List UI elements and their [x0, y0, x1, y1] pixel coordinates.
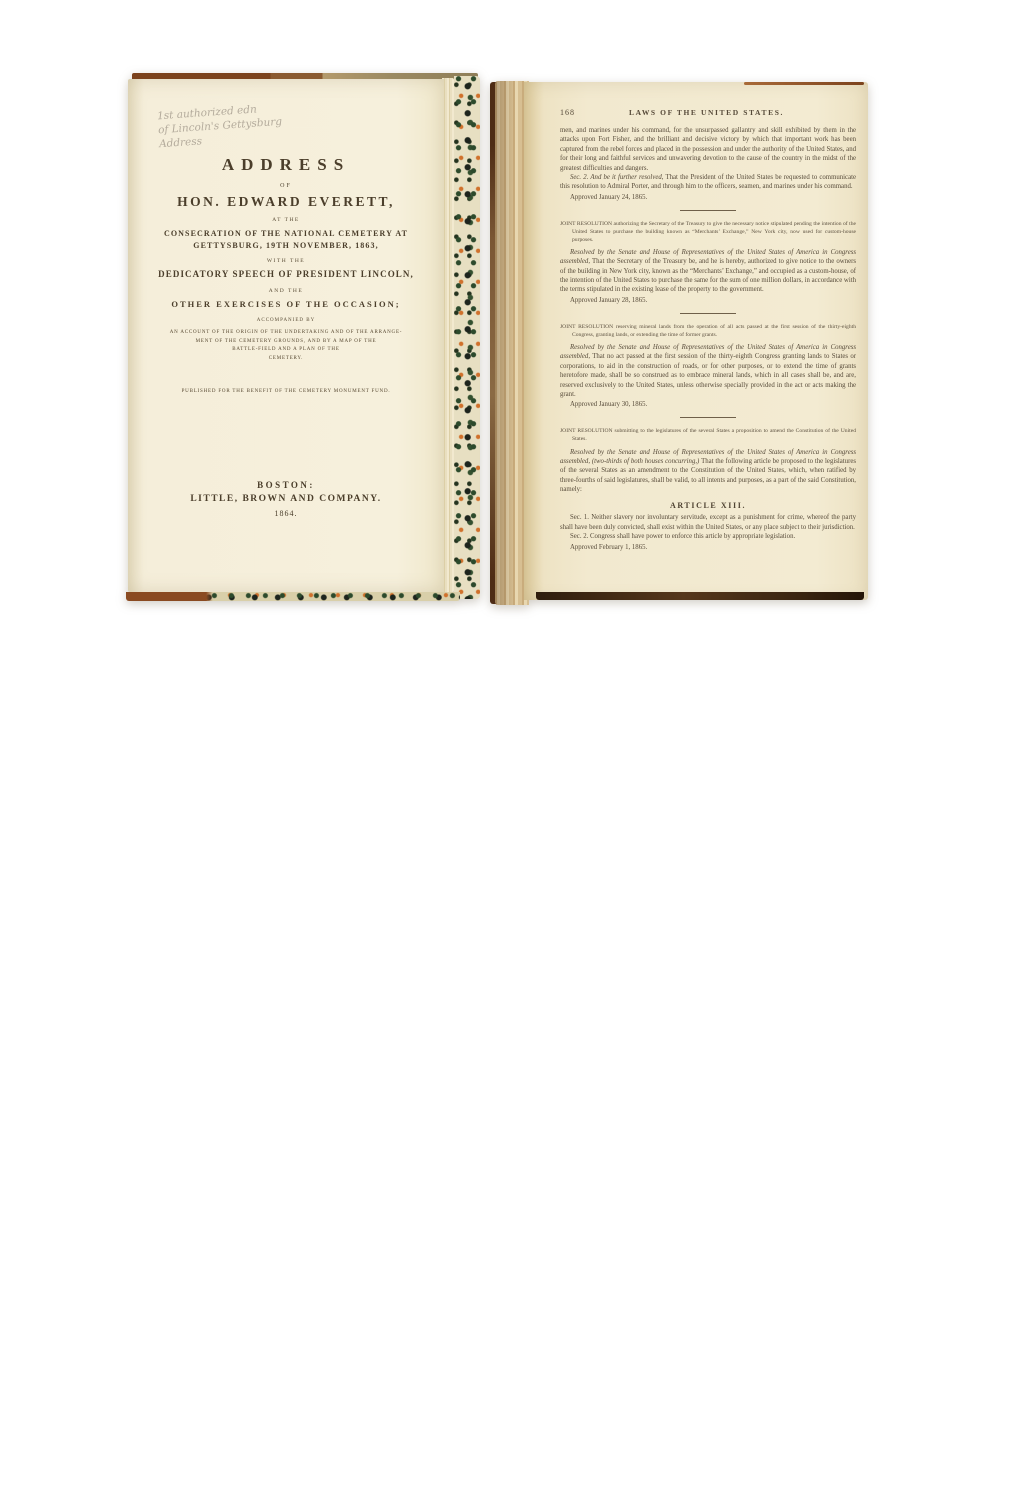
other-exercises-line: OTHER EXERCISES OF THE OCCASION;: [171, 299, 400, 309]
of-label: OF: [280, 183, 292, 189]
section-2-lead: Sec. 2. And be it further resolved,: [570, 174, 663, 181]
resolved-paragraph: Resolved by the Senate and House of Repr…: [560, 343, 856, 399]
imprint-year: 1864.: [275, 509, 298, 518]
section-2-text: Congress shall have power to enforce thi…: [588, 533, 795, 540]
imprint-city: BOSTON:: [257, 480, 315, 490]
title-page-text: ADDRESS OF HON. EDWARD EVERETT, AT THE C…: [128, 155, 444, 518]
left-book-marbled-fore-edge: [454, 76, 480, 599]
resolved-text: That the Secretary of the Treasury be, a…: [560, 258, 856, 293]
account-block: AN ACCOUNT OF THE ORIGIN OF THE UNDERTAK…: [170, 329, 403, 363]
section-2-paragraph: Sec. 2. And be it further resolved, That…: [560, 173, 856, 192]
resolution-continuation-paragraph: men, and marines under his command, for …: [560, 126, 856, 173]
section-1-lead: Sec. 1.: [570, 514, 589, 521]
joint-resolution-heading-mineral-lands: JOINT RESOLUTION reserving mineral lands…: [560, 323, 856, 339]
section-divider-rule: [680, 313, 736, 314]
joint-resolution-heading-merchants-exchange: JOINT RESOLUTION authorizing the Secreta…: [560, 220, 856, 244]
laws-page: 168 LAWS OF THE UNITED STATES. men, and …: [524, 82, 868, 600]
running-title: LAWS OF THE UNITED STATES.: [575, 108, 856, 117]
approved-line: Approved February 1, 1865.: [560, 544, 856, 551]
page-number: 168: [560, 108, 575, 117]
consecration-line-1: CONSECRATION OF THE NATIONAL CEMETERY AT: [164, 228, 408, 240]
photo-of-open-books: 1st authorized edn of Lincoln's Gettysbu…: [0, 0, 1023, 1495]
resolved-text: That no act passed at the first session …: [560, 353, 856, 398]
author-name: HON. EDWARD EVERETT,: [177, 194, 395, 210]
account-line-1: AN ACCOUNT OF THE ORIGIN OF THE UNDERTAK…: [170, 329, 403, 338]
resolved-paragraph: Resolved by the Senate and House of Repr…: [560, 448, 856, 495]
laws-page-text: 168 LAWS OF THE UNITED STATES. men, and …: [560, 108, 856, 551]
section-2-lead: Sec. 2.: [570, 533, 588, 540]
article-xiii-section-1: Sec. 1. Neither slavery nor involuntary …: [560, 513, 856, 532]
section-1-text: Neither slavery nor involuntary servitud…: [560, 514, 856, 530]
accompanied-by-label: ACCOMPANIED BY: [257, 318, 315, 323]
article-xiii-heading: ARTICLE XIII.: [560, 501, 856, 510]
and-the-label: AND THE: [269, 288, 303, 294]
page-header: 168 LAWS OF THE UNITED STATES.: [560, 108, 856, 117]
resolved-paragraph: Resolved by the Senate and House of Repr…: [560, 248, 856, 295]
joint-resolution-heading-amendment: JOINT RESOLUTION submitting to the legis…: [560, 427, 856, 443]
handwritten-pencil-note: 1st authorized edn of Lincoln's Gettysbu…: [157, 101, 284, 152]
section-divider-rule: [680, 210, 736, 211]
dedicatory-line: DEDICATORY SPEECH OF PRESIDENT LINCOLN,: [158, 269, 414, 279]
article-xiii-section-2: Sec. 2. Congress shall have power to enf…: [560, 532, 856, 541]
approved-line: Approved January 24, 1865.: [560, 194, 856, 201]
account-line-4: CEMETERY.: [170, 355, 403, 364]
published-for-benefit-line: PUBLISHED FOR THE BENEFIT OF THE CEMETER…: [182, 389, 391, 394]
title-page: 1st authorized edn of Lincoln's Gettysbu…: [128, 79, 444, 592]
right-book-top-board-edge: [744, 82, 864, 85]
right-book-bottom-board-edge: [536, 592, 864, 600]
at-the-label: AT THE: [272, 217, 300, 223]
right-book-laws-page: 168 LAWS OF THE UNITED STATES. men, and …: [490, 80, 868, 608]
account-line-2: MENT OF THE CEMETERY GROUNDS, AND BY A M…: [170, 338, 403, 347]
approved-line: Approved January 28, 1865.: [560, 297, 856, 304]
imprint-publisher: LITTLE, BROWN AND COMPANY.: [190, 494, 381, 504]
approved-line: Approved January 30, 1865.: [560, 401, 856, 408]
left-book-bottom-board-edge: [126, 592, 460, 601]
with-the-label: WITH THE: [267, 258, 305, 264]
account-line-3: BATTLE-FIELD AND A PLAN OF THE: [170, 346, 403, 355]
consecration-lines: CONSECRATION OF THE NATIONAL CEMETERY AT…: [164, 228, 408, 251]
left-book-title-page: 1st authorized edn of Lincoln's Gettysbu…: [122, 73, 480, 601]
section-divider-rule: [680, 417, 736, 418]
consecration-line-2: GETTYSBURG, 19TH NOVEMBER, 1863,: [164, 240, 408, 252]
book-title: ADDRESS: [222, 155, 350, 175]
